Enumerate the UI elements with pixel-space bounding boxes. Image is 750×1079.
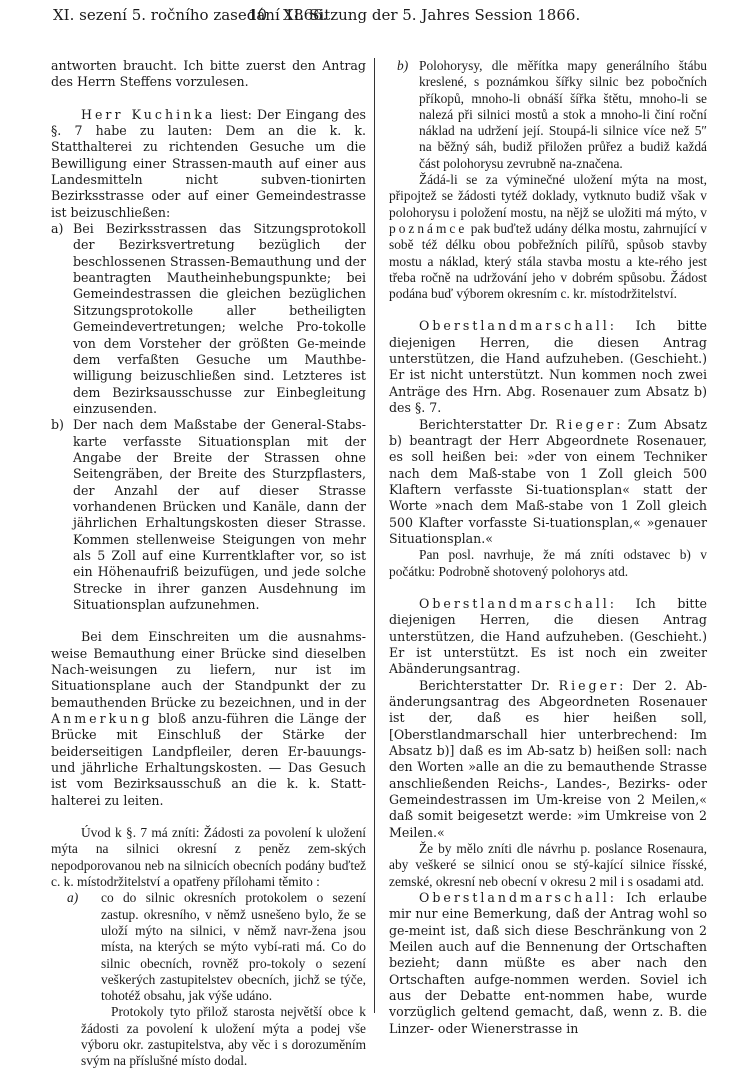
paragraph-text: Žádá-li se za výminečné uložení mýta na … <box>389 172 707 220</box>
list-label: a) <box>51 221 73 417</box>
speaker-title: Berichterstatter Dr. <box>419 417 556 432</box>
paragraph-rieger-2: Berichterstatter Dr. Rieger: Der 2. Ab-ä… <box>389 678 707 841</box>
list-text: Bei Bezirksstrassen das Sitzungsprotokol… <box>73 221 366 417</box>
spacer <box>389 580 707 596</box>
czech-section-left: Úvod k §. 7 má zníti: Žádosti za povolen… <box>51 825 366 1069</box>
paragraph-text: : Zum Absatz b) beantragt der Herr Abgeo… <box>389 417 707 546</box>
spacer <box>51 613 366 629</box>
paragraph-rieger-1: Berichterstatter Dr. Rieger: Zum Absatz … <box>389 417 707 548</box>
spacer <box>389 302 707 318</box>
list-label: b) <box>389 58 419 172</box>
paragraph-text: liest: Der Eingang des §. 7 habe zu laut… <box>51 107 366 220</box>
header-german-title: XI. Sitzung der 5. Jahres Session 1866. <box>283 6 580 24</box>
speaker-name: Rieger <box>556 417 617 432</box>
list-item-czech-b: b) Polohorysy, dle měřítka mapy generáln… <box>389 58 707 172</box>
emphasis-text: poznámce <box>389 221 467 236</box>
paragraph-oberstlandmarschall-3: Oberstlandmarschall: Ich erlaube mir nur… <box>389 890 707 1037</box>
czech-section-right: b) Polohorysy, dle měřítka mapy generáln… <box>389 58 707 302</box>
paragraph-czech-intro: Úvod k §. 7 má zníti: Žádosti za povolen… <box>51 825 366 890</box>
speaker-name: Oberstlandmarschall <box>419 890 610 905</box>
left-column: antworten braucht. Ich bitte zuerst den … <box>51 58 366 1070</box>
list-text: Polohorysy, dle měřítka mapy generálního… <box>419 58 707 172</box>
right-column: b) Polohorysy, dle měřítka mapy generáln… <box>389 58 707 1037</box>
list-label: a) <box>51 890 101 1004</box>
list-item-a: a) Bei Bezirksstrassen das Sitzungsproto… <box>51 221 366 417</box>
paragraph: antworten braucht. Ich bitte zuerst den … <box>51 58 366 91</box>
speaker-name: Oberstlandmarschall <box>419 596 610 611</box>
paragraph-text: Bei dem Einschreiten um die ausnahms-wei… <box>51 629 366 709</box>
emphasis-text: Anmerkung <box>51 711 153 726</box>
list-text: co do silnic okresních protokolem o seze… <box>101 890 366 1004</box>
paragraph-oberstlandmarschall-2: Oberstlandmarschall: Ich bitte diejenige… <box>389 596 707 678</box>
paragraph-czech-ze: Že by mělo zníti dle návrhu p. poslance … <box>389 841 707 890</box>
paragraph-text: : Der 2. Ab-änderungsantrag des Abgeordn… <box>389 678 707 840</box>
page-header: XI. sezení 5. ročního zasedání 1866. 10 … <box>0 6 750 36</box>
paragraph-czech-bridge: Žádá-li se za výminečné uložení mýta na … <box>389 172 707 302</box>
list-item-czech-a: a) co do silnic okresních protokolem o s… <box>51 890 366 1004</box>
column-divider <box>374 58 375 1013</box>
paragraph-czech-pan: Pan posl. navrhuje, že má zníti odstavec… <box>389 547 707 580</box>
spacer <box>51 91 366 107</box>
paragraph-oberstlandmarschall-1: Oberstlandmarschall: Ich bitte diejenige… <box>389 318 707 416</box>
speaker-name: Rieger <box>559 678 620 693</box>
speaker-name: Oberstlandmarschall <box>419 318 610 333</box>
paragraph-text: Protokoly tyto přilož starosta největší … <box>81 1004 366 1068</box>
list-text: Der nach dem Maßstabe der General-Stabs-… <box>73 417 366 613</box>
paragraph-bridge: Bei dem Einschreiten um die ausnahms-wei… <box>51 629 366 809</box>
paragraph-kuchinka: Herr Kuchinka liest: Der Eingang des §. … <box>51 107 366 221</box>
paragraph-czech-protokoly: Protokoly tyto přilož starosta největší … <box>51 1004 366 1069</box>
list-item-b: b) Der nach dem Maßstabe der General-Sta… <box>51 417 366 613</box>
spacer <box>51 809 366 825</box>
page-number: 10 <box>248 6 267 24</box>
speaker-title: Berichterstatter Dr. <box>419 678 559 693</box>
speaker-name: Herr Kuchinka <box>81 107 215 122</box>
list-label: b) <box>51 417 73 613</box>
paragraph-text: : Ich erlaube mir nur eine Bemerkung, da… <box>389 890 707 1036</box>
